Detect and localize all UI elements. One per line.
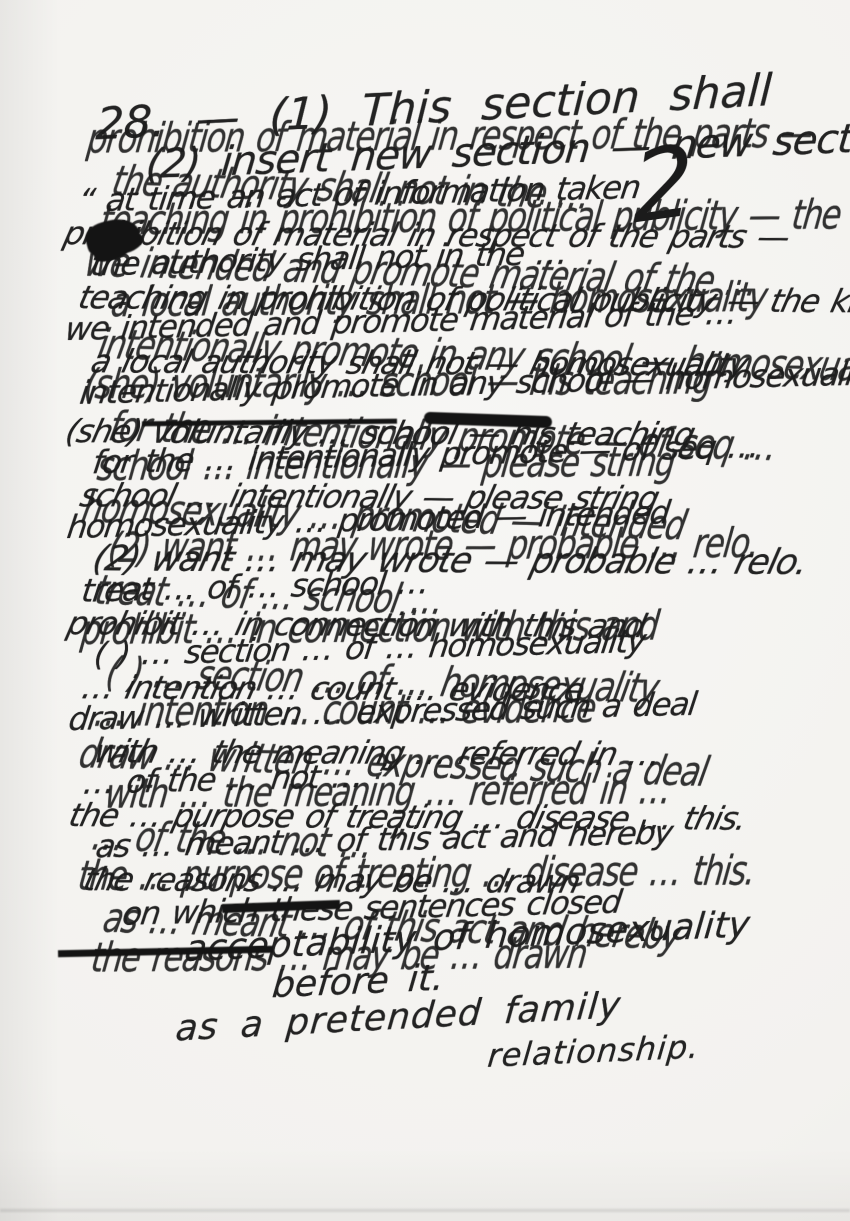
scrawl-line: (2) want … may wrote — probable … relo. <box>76 522 793 569</box>
scrawl-line: school … intentionally — please string <box>77 440 794 487</box>
scrawl-line: the … purpose of treating … disease … th… <box>72 850 789 897</box>
scrawl-line: (she) voluntarily … school — his teachin… <box>78 358 795 405</box>
scrawl-ghost-layer: prohibition of material in respect of th… <box>73 118 795 987</box>
large-numeral-2: 2 <box>630 123 696 246</box>
scrawl-line: … intention … count … evidence <box>74 686 791 733</box>
photo: 28. — (1) This section shall (2) insert … <box>0 0 850 1221</box>
scrawl-line: prohibit … in connection with this and <box>75 604 792 651</box>
paper-edge-shadow <box>0 1209 850 1212</box>
scrawl-line: a local authority shall not — homosexual… <box>79 276 796 323</box>
scrawl-line: the reasons … may be … drawn <box>71 932 788 979</box>
scrawl-line: with … the meaning … referred in … <box>73 768 790 815</box>
